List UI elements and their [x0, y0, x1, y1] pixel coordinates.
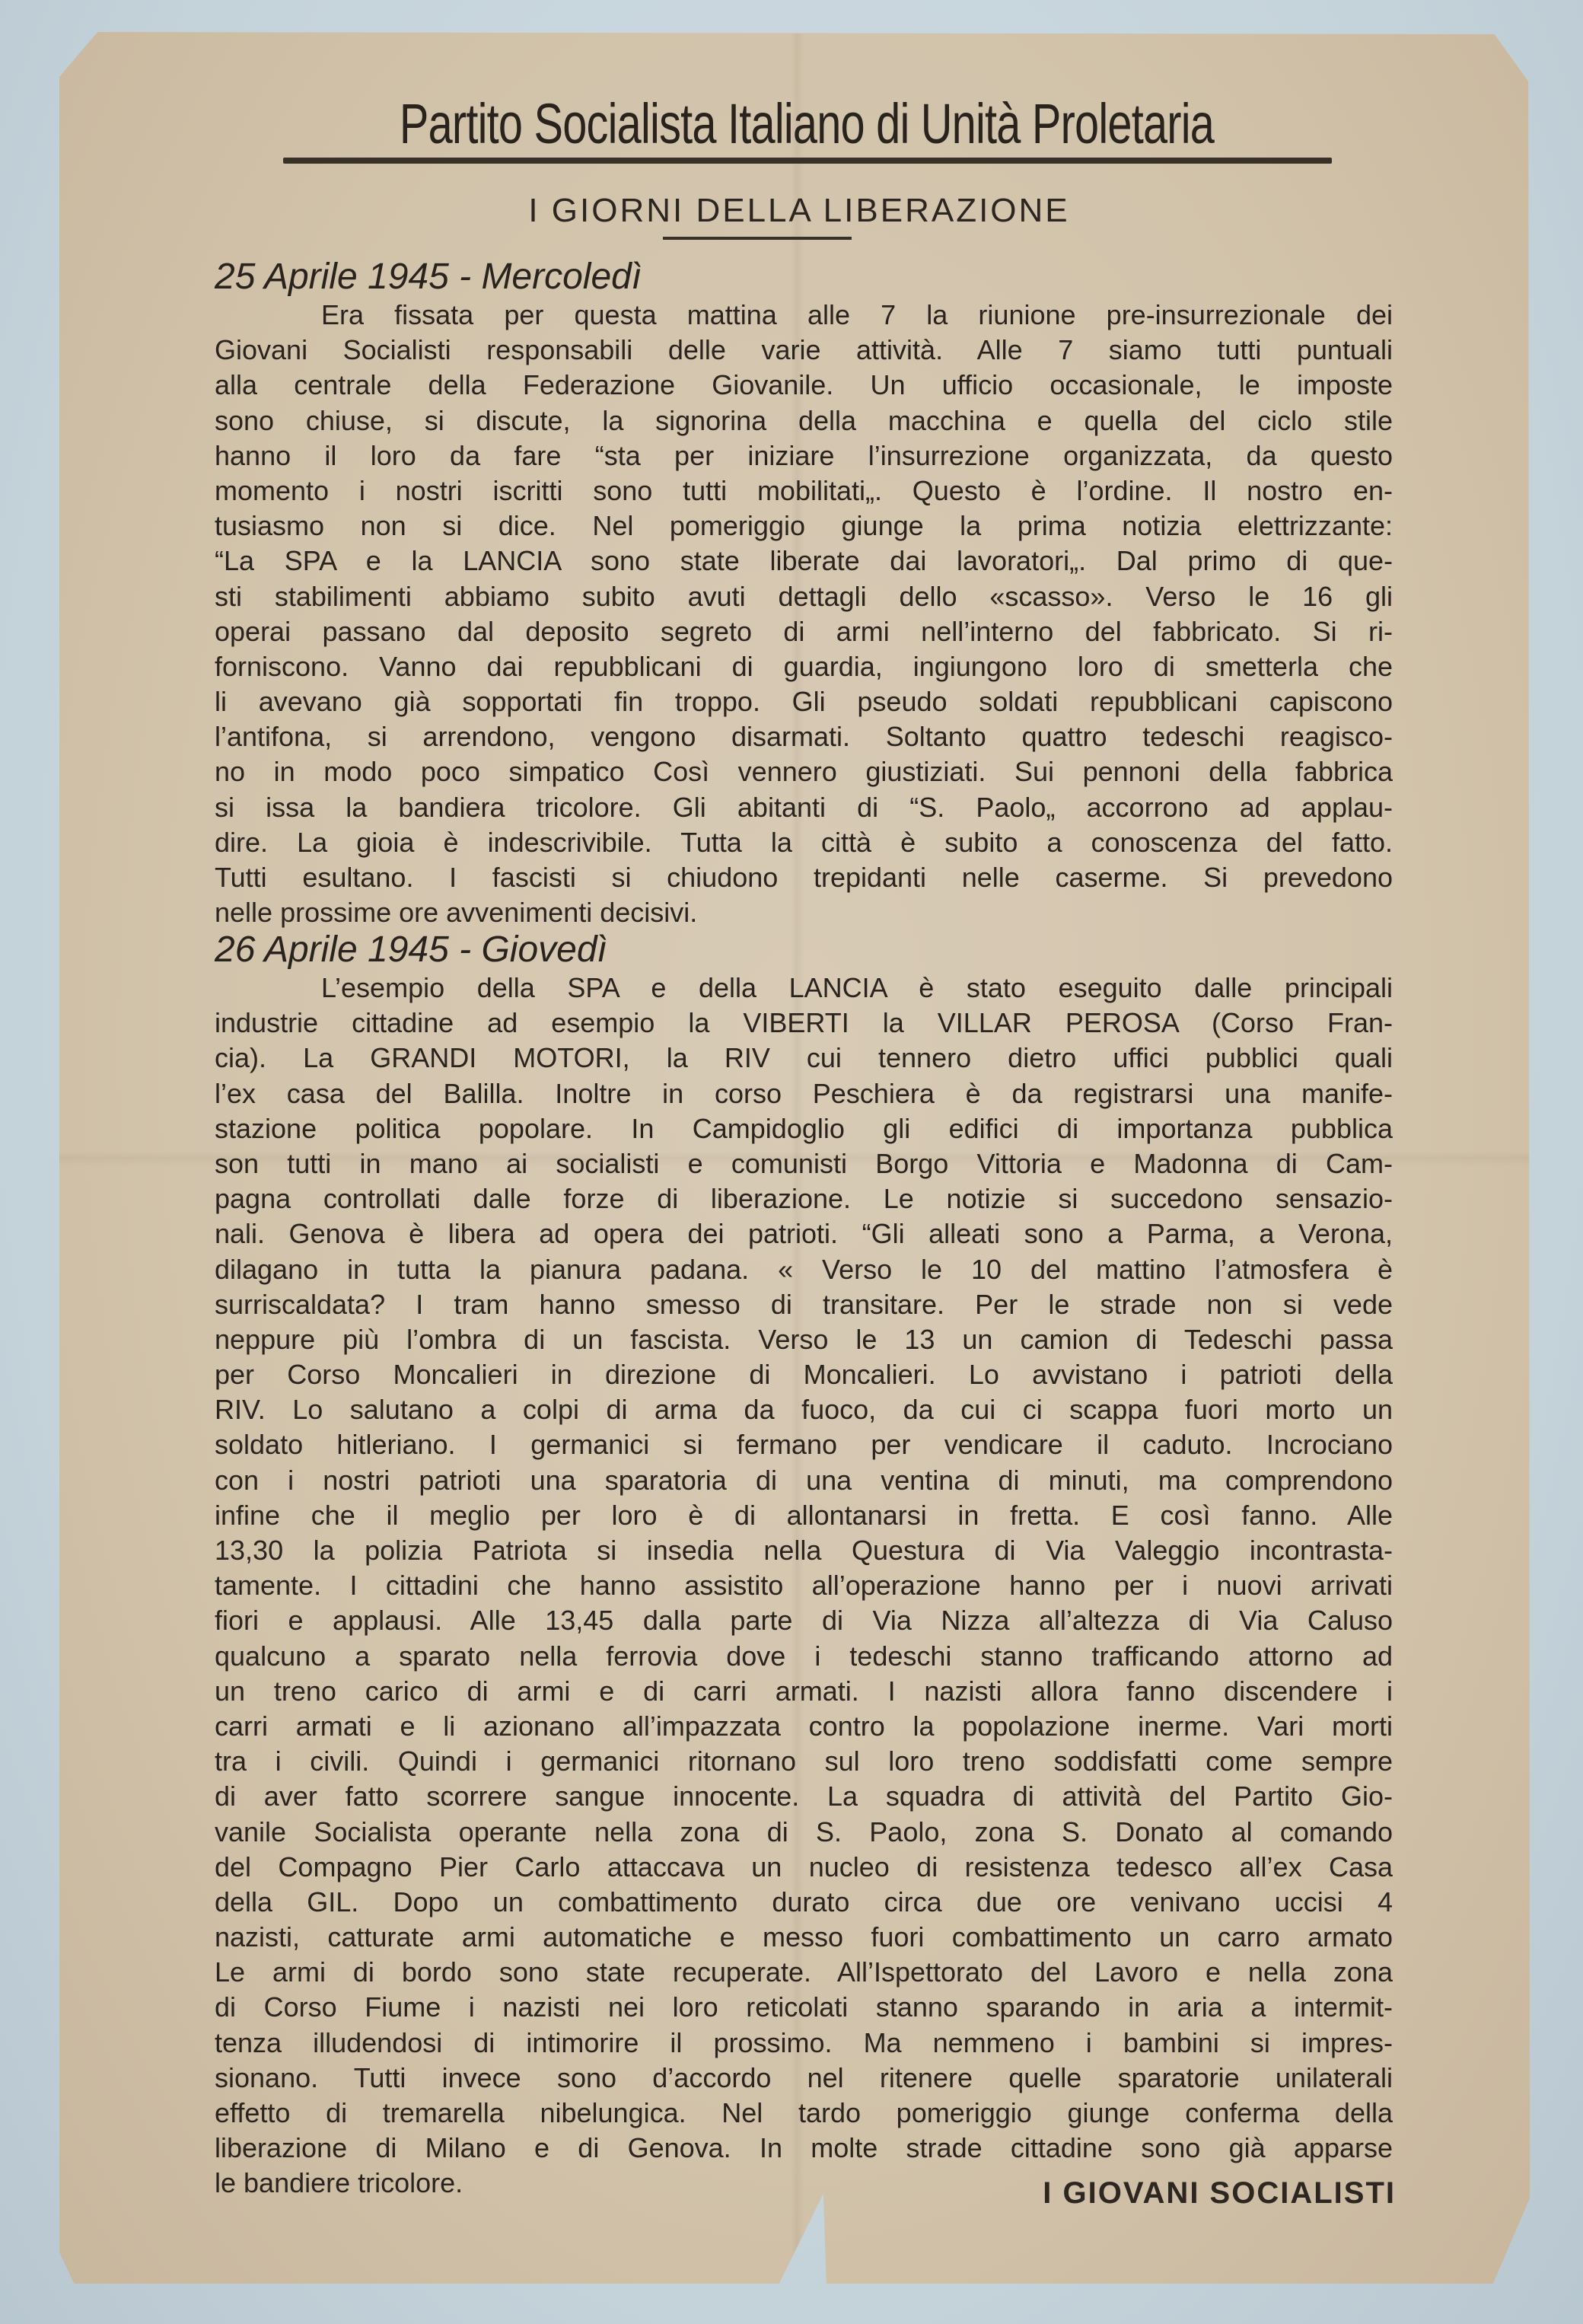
body-text-line: “La SPA e la LANCIA sono state liberate …	[215, 544, 1393, 579]
body-text-line: Le armi di bordo sono state recuperate. …	[215, 1955, 1393, 1990]
body-text-line: della GIL. Dopo un combattimento durato …	[215, 1885, 1393, 1920]
body-text-line: fiori e applausi. Alle 13,45 dalla parte…	[215, 1603, 1393, 1638]
body-text-line: si issa la bandiera tricolore. Gli abita…	[215, 790, 1393, 825]
body-text-line: tenza illudendosi di intimorire il pross…	[215, 2026, 1393, 2061]
body-text-line: alla centrale della Federazione Giovanil…	[215, 368, 1393, 403]
body-text-line: sono chiuse, si discute, la signorina de…	[215, 403, 1393, 438]
body-text-line: L’esempio della SPA e della LANCIA è sta…	[215, 971, 1393, 1006]
body-text-line: operai passano dal deposito segreto di a…	[215, 614, 1393, 649]
body-text-line: industrie cittadine ad esempio la VIBERT…	[215, 1006, 1393, 1041]
section-date: 25 Aprile 1945 - Mercoledì	[215, 254, 642, 300]
body-text-line: nazisti, catturate armi automatiche e me…	[215, 1920, 1393, 1955]
body-text-line: tusiasmo non si dice. Nel pomeriggio giu…	[215, 508, 1393, 544]
body-text-line: vanile Socialista operante nella zona di…	[215, 1815, 1393, 1850]
body-text-line: dilagano in tutta la pianura padana. « V…	[215, 1252, 1393, 1287]
body-text-line: hanno il loro da fare “sta per iniziare …	[215, 438, 1393, 473]
body-text-line: li avevano già sopportati fin troppo. Gl…	[215, 684, 1393, 719]
body-text-line: dire. La gioia è indescrivibile. Tutta l…	[215, 825, 1393, 860]
body-text-line: neppure più l’ombra di un fascista. Vers…	[215, 1322, 1393, 1357]
body-text-line: momento i nostri iscritti sono tutti mob…	[215, 473, 1393, 508]
body-text-line: per Corso Moncalieri in direzione di Mon…	[215, 1357, 1393, 1392]
section-date: 26 Aprile 1945 - Giovedì	[215, 927, 607, 973]
body-text-line: effetto di tremarella nibelungica. Nel t…	[215, 2096, 1393, 2131]
section-body: L’esempio della SPA e della LANCIA è sta…	[215, 971, 1393, 2201]
body-text-line: sionano. Tutti invece sono d’accordo nel…	[215, 2061, 1393, 2096]
body-text-line: 13,30 la polizia Patriota si insedia nel…	[215, 1533, 1393, 1568]
body-text-line: Era fissata per questa mattina alle 7 la…	[215, 298, 1393, 333]
body-text-line: nelle prossime ore avvenimenti decisivi.	[215, 895, 1393, 930]
party-header: Partito Socialista Italiano di Unità Pro…	[397, 90, 1216, 158]
body-text-line: con i nostri patrioti una sparatoria di …	[215, 1463, 1393, 1498]
body-text-line: l’antifona, si arrendono, vengono disarm…	[215, 719, 1393, 754]
body-text-line: di Corso Fiume i nazisti nei loro retico…	[215, 1990, 1393, 2025]
body-text-line: qualcuno a sparato nella ferrovia dove i…	[215, 1639, 1393, 1674]
body-text-line: surriscaldata? I tram hanno smesso di tr…	[215, 1287, 1393, 1322]
body-text-line: Tutti esultano. I fascisti si chiudono t…	[215, 860, 1393, 895]
section-body: Era fissata per questa mattina alle 7 la…	[215, 298, 1393, 930]
leaflet-title: I GIORNI DELLA LIBERAZIONE	[426, 188, 1172, 234]
body-text-line: nali. Genova è libera ad opera dei patri…	[215, 1216, 1393, 1251]
body-text-line: son tutti in mano ai socialisti e comuni…	[215, 1146, 1393, 1181]
body-text-line: infine che il meglio per loro è di allon…	[215, 1498, 1393, 1533]
leaflet-content: Partito Socialista Italiano di Unità Pro…	[0, 0, 1583, 2324]
body-text-line: cia). La GRANDI MOTORI, la RIV cui tenne…	[215, 1041, 1393, 1076]
body-text-line: no in modo poco simpatico Così vennero g…	[215, 754, 1393, 789]
body-text-line: Giovani Socialisti responsabili delle va…	[215, 333, 1393, 368]
signature: I GIOVANI SOCIALISTI	[965, 2174, 1396, 2212]
body-text-line: forniscono. Vanno dai repubblicani di gu…	[215, 649, 1393, 684]
body-text-line: tamente. I cittadini che hanno assistito…	[215, 1568, 1393, 1603]
body-text-line: pagna controllati dalle forze di liberaz…	[215, 1181, 1393, 1216]
body-text-line: stazione politica popolare. In Campidogl…	[215, 1111, 1393, 1146]
body-text-line: RIV. Lo salutano a colpi di arma da fuoc…	[215, 1392, 1393, 1427]
body-text-line: carri armati e li azionano all’impazzata…	[215, 1709, 1393, 1744]
body-text-line: liberazione di Milano e di Genova. In mo…	[215, 2131, 1393, 2166]
body-text-line: di aver fatto scorrere sangue innocente.…	[215, 1779, 1393, 1814]
title-underline	[663, 237, 852, 240]
body-text-line: tra i civili. Quindi i germanici ritorna…	[215, 1744, 1393, 1779]
body-text-line: sti stabilimenti abbiamo subito avuti de…	[215, 579, 1393, 614]
header-underline	[283, 158, 1332, 164]
body-text-line: soldato hitleriano. I germanici si ferma…	[215, 1427, 1393, 1462]
body-text-line: l’ex casa del Balilla. Inoltre in corso …	[215, 1076, 1393, 1111]
body-text-line: del Compagno Pier Carlo attaccava un nuc…	[215, 1850, 1393, 1885]
body-text-line: un treno carico di armi e di carri armat…	[215, 1674, 1393, 1709]
